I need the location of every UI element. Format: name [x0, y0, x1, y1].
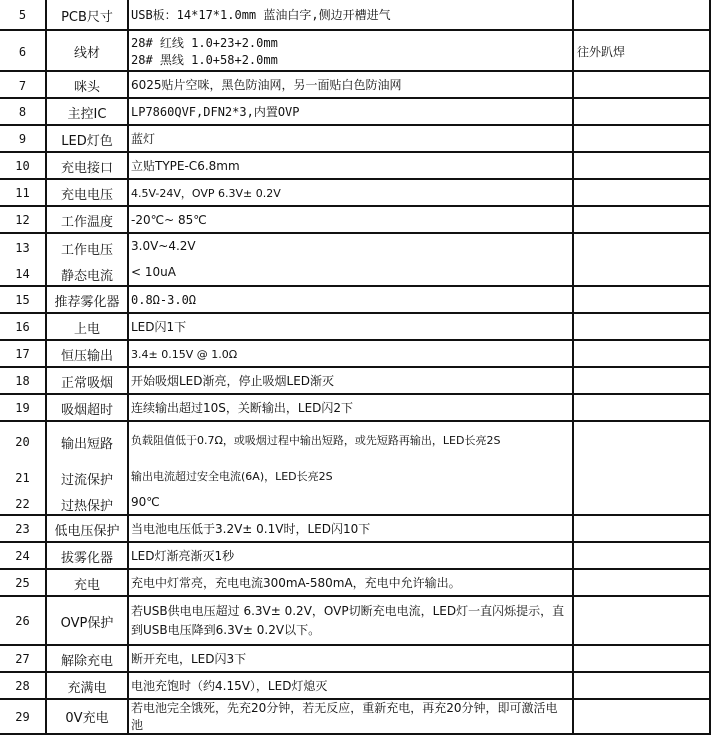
note-value: [574, 646, 709, 672]
item-name: 咪头: [47, 72, 127, 99]
note-value: 往外趴焊: [574, 31, 709, 72]
note-value: [574, 180, 709, 206]
spec-line: 28# 红线 1.0+23+2.0mm: [131, 35, 278, 52]
item-name: 拔雾化器: [47, 543, 127, 569]
note-value: [574, 99, 709, 125]
item-name: 低电压保护: [47, 516, 127, 542]
note-value: [574, 597, 709, 645]
item-name: 静态电流: [47, 262, 127, 286]
spec-value: LP7860QVF,DFN2*3,内置OVP: [129, 99, 572, 125]
table-row: 9 LED灯色 蓝灯: [0, 124, 709, 152]
note-value: [574, 341, 709, 367]
item-name: 过热保护: [47, 492, 127, 516]
row-number: 25: [0, 570, 45, 596]
spec-value: 负载阻值低于0.7Ω，或吸烟过程中输出短路，或先短路再输出，LED长亮2S: [129, 428, 572, 452]
table-row: 11 充电电压 4.5V-24V，OVP 6.3V± 0.2V: [0, 178, 709, 206]
table-row: 7 咪头 6025贴片空咪，黑色防油网，另一面贴白色防油网: [0, 70, 709, 99]
note-value: [574, 207, 709, 233]
spec-value: 4.5V-24V，OVP 6.3V± 0.2V: [129, 180, 572, 206]
item-name: 线材: [47, 31, 127, 72]
spec-value: LED闪1下: [129, 314, 572, 340]
spec-value: 输出电流超过安全电流(6A)，LED长亮2S: [129, 464, 572, 488]
row-number: 7: [0, 72, 45, 99]
row-number: 13: [0, 236, 45, 260]
item-name: 充电接口: [47, 153, 127, 179]
spec-value: 若电池完全饿死，先充20分钟，若无反应，重新充电，再充20分钟，即可激活电池: [129, 700, 572, 733]
note-value: [574, 673, 709, 699]
table-row: 17 恒压输出 3.4± 0.15V @ 1.0Ω: [0, 339, 709, 367]
item-name: 工作温度: [47, 207, 127, 233]
note-value: [574, 516, 709, 542]
item-name: 恒压输出: [47, 341, 127, 367]
row-number: 6: [0, 31, 45, 72]
spec-value: 断开充电，LED闪3下: [129, 646, 572, 672]
item-name: 充电: [47, 570, 127, 596]
row-number: 28: [0, 673, 45, 699]
row-number: 20: [0, 430, 45, 454]
spec-value: -20℃~ 85℃: [129, 207, 572, 233]
row-number: 29: [0, 700, 45, 733]
row-number: 11: [0, 180, 45, 206]
spec-value: 电池充饱时（约4.15V），LED灯熄灭: [129, 673, 572, 699]
row-number: 26: [0, 597, 45, 645]
row-number: 24: [0, 543, 45, 569]
note-value: [574, 287, 709, 313]
table-row: 23 低电压保护 当电池电压低于3.2V± 0.1V时，LED闪10下: [0, 514, 709, 542]
row-number: 14: [0, 262, 45, 286]
row-number: 27: [0, 646, 45, 672]
spec-value: 28# 红线 1.0+23+2.0mm 28# 黑线 1.0+58+2.0mm: [129, 31, 572, 72]
row-number: 16: [0, 314, 45, 340]
item-name: 推荐雾化器: [47, 287, 127, 313]
row-number: 8: [0, 99, 45, 125]
spec-value: 当电池电压低于3.2V± 0.1V时，LED闪10下: [129, 516, 572, 542]
note-value: [574, 0, 709, 30]
table-row: 12 工作温度 -20℃~ 85℃: [0, 205, 709, 233]
table-row: 8 主控IC LP7860QVF,DFN2*3,内置OVP: [0, 97, 709, 125]
item-name: 充电电压: [47, 180, 127, 206]
row-number: 9: [0, 126, 45, 152]
table-row: 16 上电 LED闪1下: [0, 312, 709, 340]
table-row: 18 正常吸烟 开始吸烟LED渐亮，停止吸烟LED渐灭: [0, 366, 709, 394]
spec-value: < 10uA: [129, 260, 572, 284]
note-value: [574, 153, 709, 179]
table-row: 27 解除充电 断开充电，LED闪3下: [0, 644, 709, 672]
item-name: 充满电: [47, 673, 127, 699]
item-name: 主控IC: [47, 99, 127, 125]
table-row: 25 充电 充电中灯常亮，充电电流300mA-580mA，充电中允许输出。: [0, 568, 709, 596]
table-row: 28 充满电 电池充饱时（约4.15V），LED灯熄灭: [0, 671, 709, 699]
note-value: [574, 700, 709, 733]
note-value: [574, 395, 709, 421]
row-number: 12: [0, 207, 45, 233]
spec-value: 充电中灯常亮，充电电流300mA-580mA，充电中允许输出。: [129, 570, 572, 596]
note-value: [574, 368, 709, 394]
item-name: 吸烟超时: [47, 395, 127, 421]
table-row: 29 0V充电 若电池完全饿死，先充20分钟，若无反应，重新充电，再充20分钟，…: [0, 698, 709, 733]
table-row: 24 拔雾化器 LED灯渐亮渐灭1秒: [0, 541, 709, 569]
item-name: 解除充电: [47, 646, 127, 672]
spec-value: 若USB供电电压超过 6.3V± 0.2V，OVP切断充电电流，LED灯一直闪烁…: [129, 597, 572, 645]
spec-table: 5 PCB尺寸 USB板：14*17*1.0mm 蓝油白字,侧边开槽进气 6 线…: [0, 0, 711, 735]
item-name: 0V充电: [47, 700, 127, 733]
note-value: [574, 422, 709, 515]
table-row: 10 充电接口 立贴TYPE-C6.8mm: [0, 151, 709, 179]
table-row: 26 OVP保护 若USB供电电压超过 6.3V± 0.2V，OVP切断充电电流…: [0, 595, 709, 645]
row-number: 23: [0, 516, 45, 542]
row-number: 21: [0, 466, 45, 490]
spec-value: 6025贴片空咪，黑色防油网，另一面贴白色防油网: [129, 72, 572, 99]
item-name: 上电: [47, 314, 127, 340]
spec-value: 3.4± 0.15V @ 1.0Ω: [129, 341, 572, 367]
table-row: 6 线材 28# 红线 1.0+23+2.0mm 28# 黑线 1.0+58+2…: [0, 29, 709, 72]
spec-value: USB板：14*17*1.0mm 蓝油白字,侧边开槽进气: [129, 0, 572, 30]
table-row: 5 PCB尺寸 USB板：14*17*1.0mm 蓝油白字,侧边开槽进气: [0, 0, 709, 30]
row-number: 10: [0, 153, 45, 179]
item-name: 过流保护: [47, 466, 127, 490]
spec-value: 蓝灯: [129, 126, 572, 152]
row-number: 19: [0, 395, 45, 421]
spec-value: 3.0V~4.2V: [129, 234, 572, 258]
spec-value: 连续输出超过10S，关断输出，LED闪2下: [129, 395, 572, 421]
note-value: [574, 543, 709, 569]
row-number: 15: [0, 287, 45, 313]
note-value: [574, 570, 709, 596]
item-name: 工作电压: [47, 236, 127, 260]
table-row-group: 20 21 22 输出短路 过流保护 过热保护 负载阻值低于0.7Ω，或吸烟过程…: [0, 420, 709, 515]
table-row: 15 推荐雾化器 0.8Ω-3.0Ω: [0, 285, 709, 313]
spec-value: 0.8Ω-3.0Ω: [129, 287, 572, 313]
spec-value: LED灯渐亮渐灭1秒: [129, 543, 572, 569]
item-name: 输出短路: [47, 430, 127, 454]
table-row: 19 吸烟超时 连续输出超过10S，关断输出，LED闪2下: [0, 393, 709, 421]
spec-value: 90℃: [129, 490, 572, 514]
item-name: PCB尺寸: [47, 0, 127, 30]
row-number: 22: [0, 492, 45, 516]
spec-value: 立贴TYPE-C6.8mm: [129, 153, 572, 179]
row-number: 18: [0, 368, 45, 394]
item-name: OVP保护: [47, 597, 127, 645]
item-name: LED灯色: [47, 126, 127, 152]
spec-value: 开始吸烟LED渐亮，停止吸烟LED渐灭: [129, 368, 572, 394]
note-value: [574, 126, 709, 152]
row-number: 17: [0, 341, 45, 367]
table-row-group: 13 14 工作电压 静态电流 3.0V~4.2V < 10uA: [0, 232, 709, 286]
spec-line: 28# 黑线 1.0+58+2.0mm: [131, 52, 278, 69]
item-name: 正常吸烟: [47, 368, 127, 394]
note-value: [574, 314, 709, 340]
note-value: [574, 72, 709, 99]
note-value: [574, 234, 709, 286]
row-number: 5: [0, 0, 45, 30]
